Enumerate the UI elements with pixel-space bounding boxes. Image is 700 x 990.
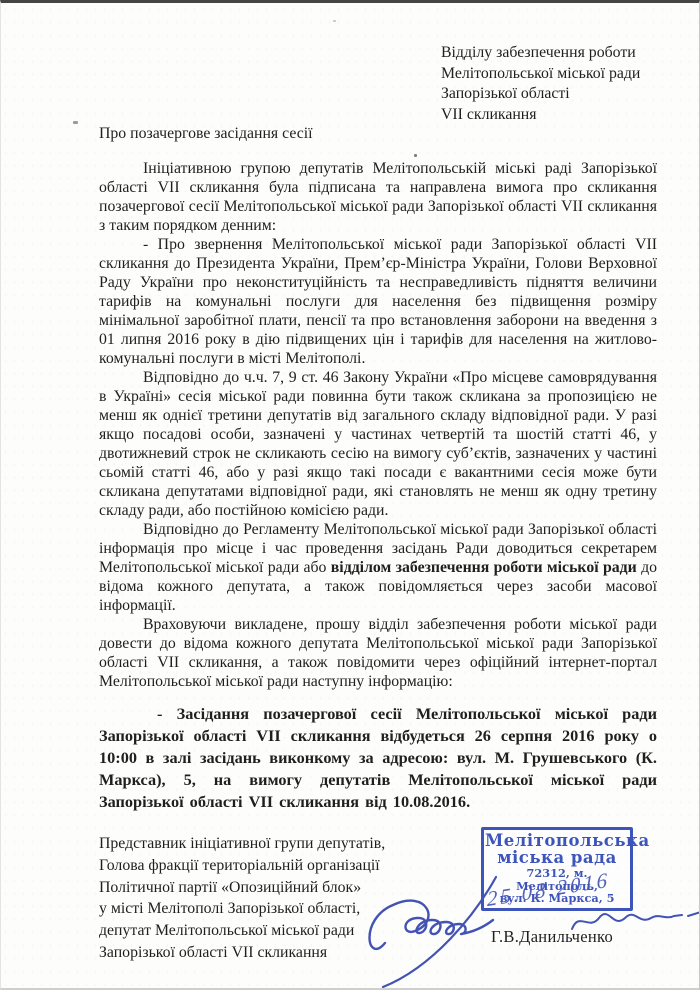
stamp-city-line: Мелітопольська bbox=[485, 832, 629, 849]
paragraph-law-reference: Відповідно до ч.ч. 7, 9 ст. 46 Закону Ук… bbox=[99, 368, 657, 520]
letter-body: Ініціативною групою депутатів Мелітополь… bbox=[99, 159, 657, 813]
addressee-line: Відділу забезпечення роботи bbox=[441, 43, 657, 64]
scan-speck bbox=[333, 20, 336, 22]
addressee-line: Мелітопольської міської ради bbox=[441, 64, 657, 85]
regulation-bold-segment: відділом забезпечення роботи міської рад… bbox=[331, 559, 637, 576]
scanned-letter-page: Відділу забезпечення роботи Мелітопольсь… bbox=[0, 0, 700, 990]
addressee-line: Запорізької області bbox=[441, 84, 657, 105]
stamp-council-line: міська рада bbox=[485, 849, 629, 866]
paragraph-initiative: Ініціативною групою депутатів Мелітополь… bbox=[99, 159, 657, 235]
signer-name: Г.В.Данильченко bbox=[491, 927, 613, 947]
paragraph-regulation: Відповідно до Регламенту Мелітопольської… bbox=[99, 520, 657, 615]
addressee-block: Відділу забезпечення роботи Мелітопольсь… bbox=[441, 43, 657, 125]
signatory-title-line: Представник ініціативної групи депутатів… bbox=[99, 833, 429, 855]
addressee-line: VII скликання bbox=[441, 105, 657, 126]
scan-speck bbox=[414, 154, 417, 157]
scan-speck bbox=[73, 121, 78, 124]
paragraph-request: Враховуючи викладене, прошу відділ забез… bbox=[99, 615, 657, 691]
subject-line: Про позачергове засідання сесії bbox=[99, 125, 657, 143]
paragraph-session-announcement: - Засідання позачергової сесії Мелітопол… bbox=[99, 703, 657, 813]
signature-area: Представник ініціативної групи депутатів… bbox=[99, 833, 657, 990]
paragraph-agenda-item: - Про звернення Мелітопольської міської … bbox=[99, 235, 657, 368]
